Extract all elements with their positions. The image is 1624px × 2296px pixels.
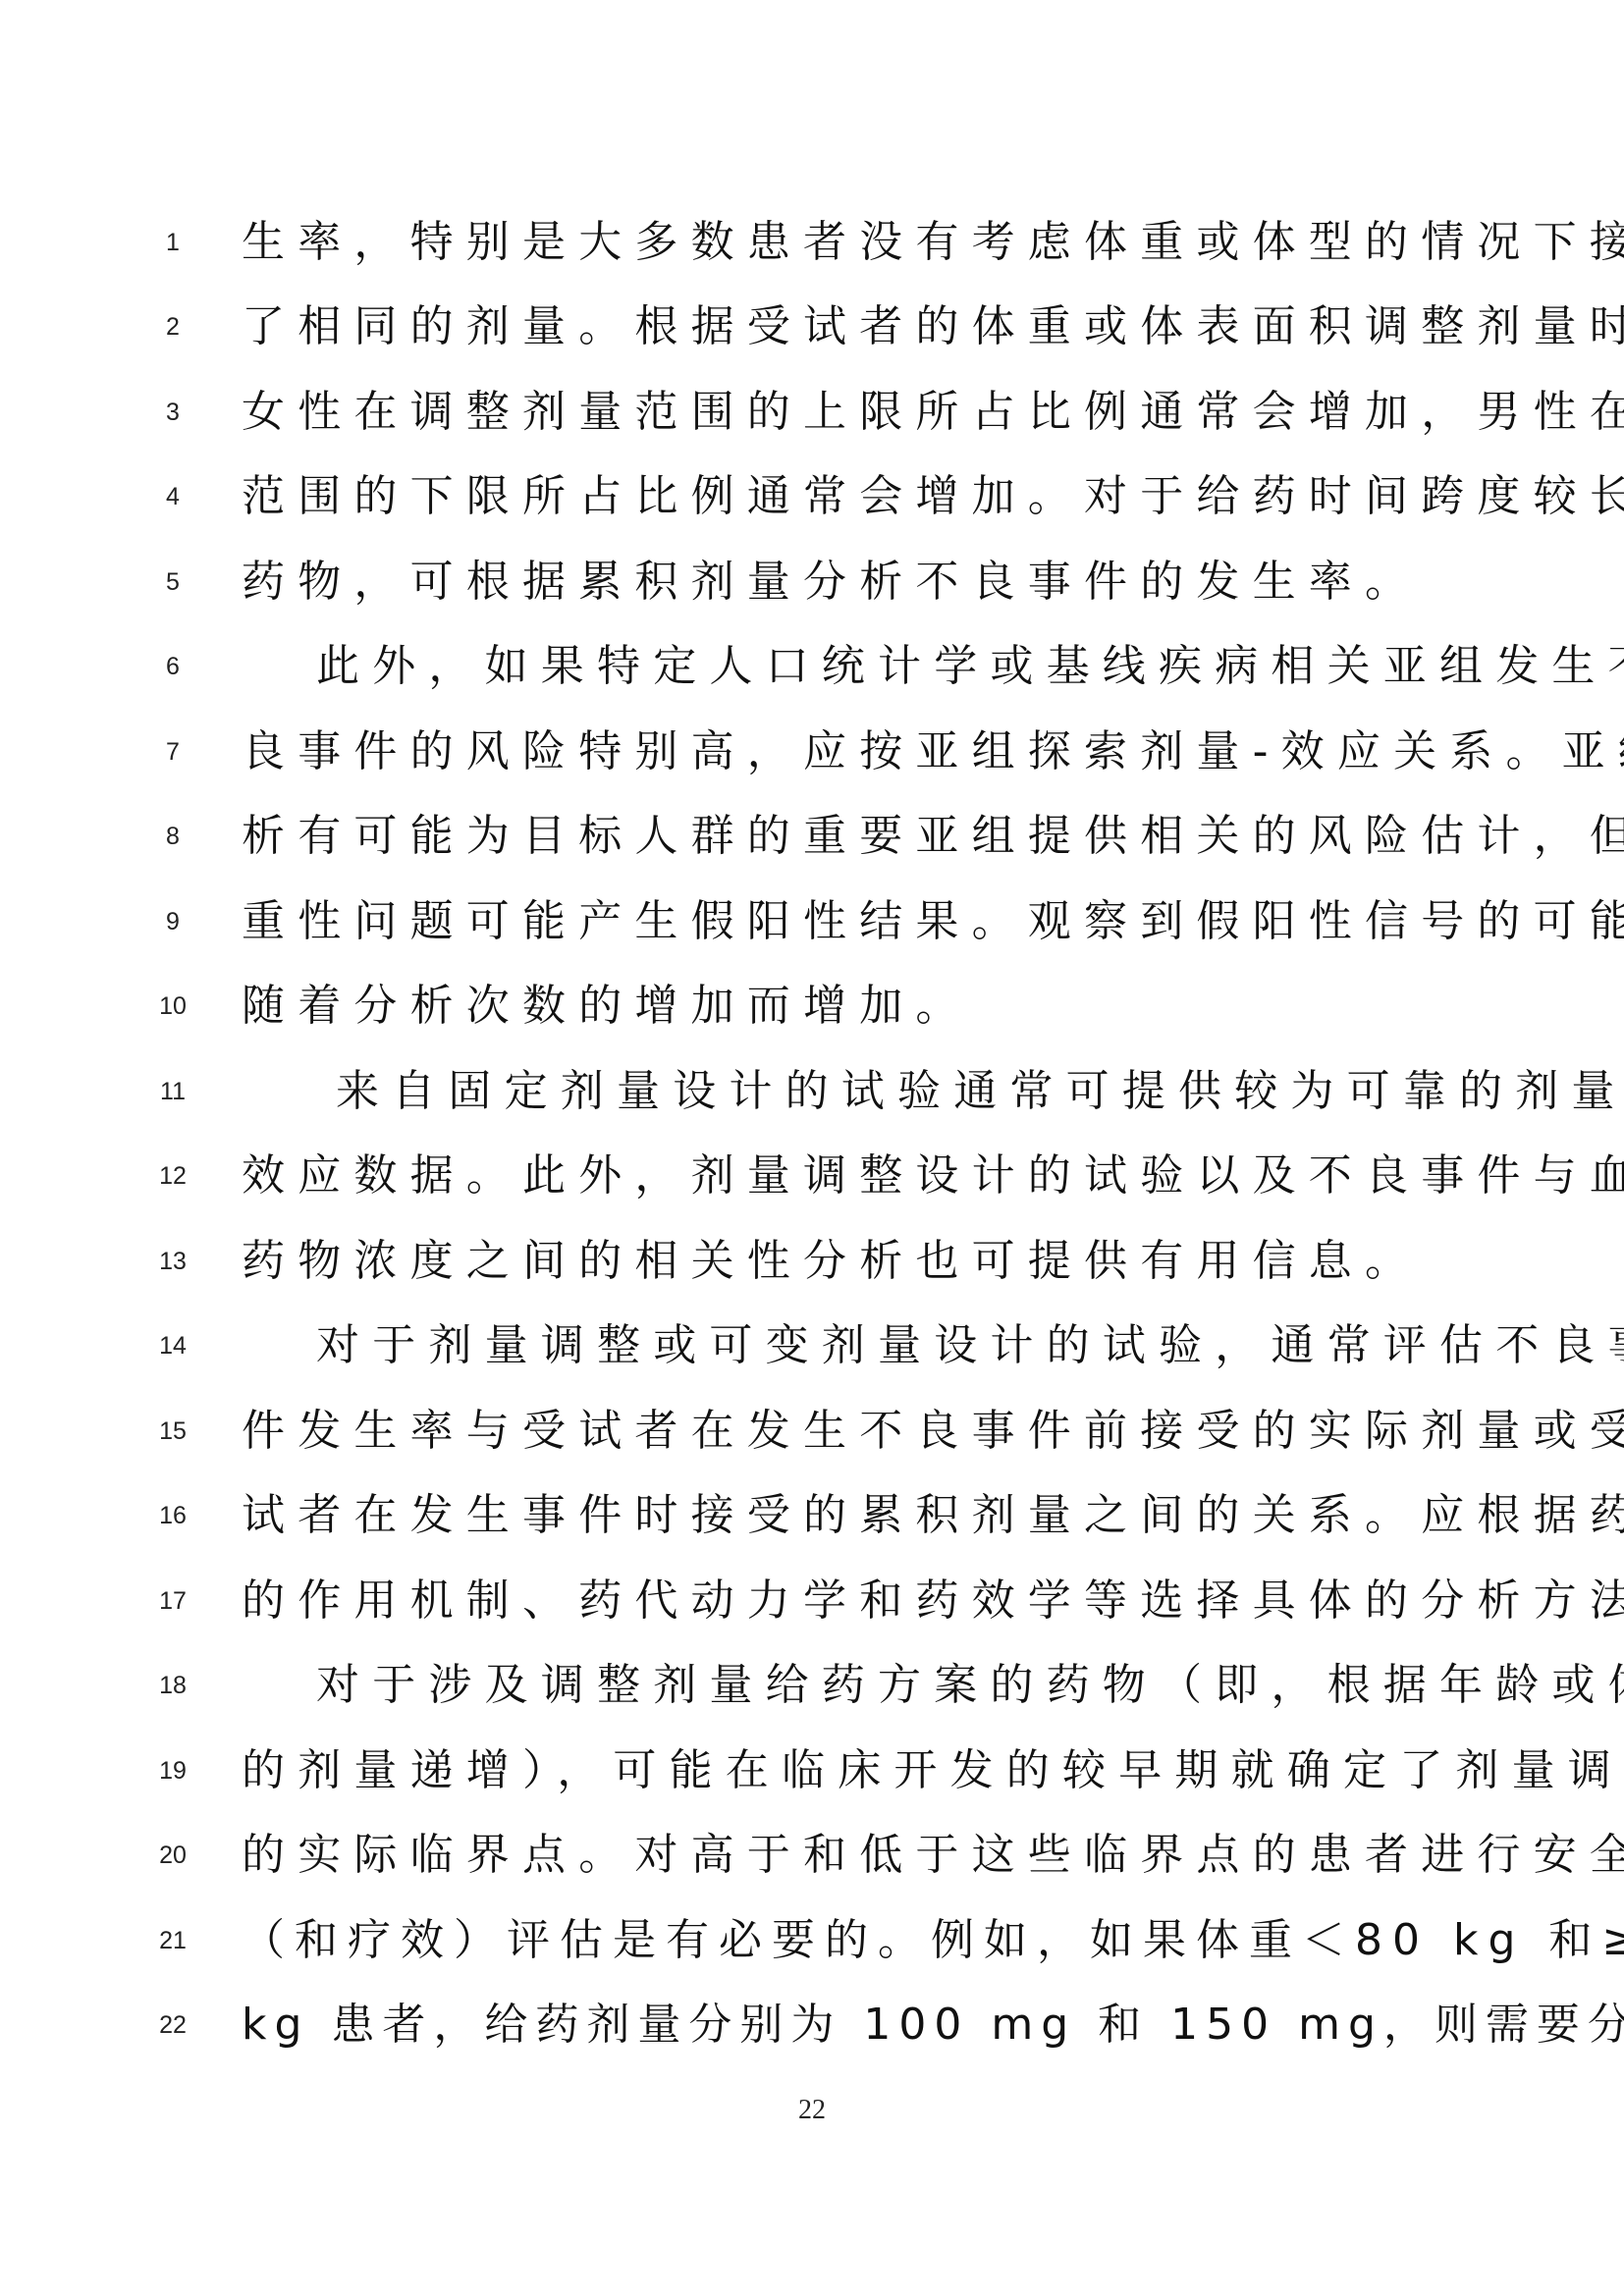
- line-number: 15: [147, 1416, 198, 1446]
- line-number: 6: [147, 652, 198, 681]
- text-line-8: 8 析有可能为目标人群的重要亚组提供相关的风险估计，但多: [0, 802, 1624, 886]
- text-line-17: 17 的作用机制、药代动力学和药效学等选择具体的分析方法。: [0, 1567, 1624, 1651]
- text-line-11: 11 来自固定剂量设计的试验通常可提供较为可靠的剂量: [0, 1057, 1624, 1142]
- paragraph-start-text: 对于涉及调整剂量给药方案的药物（即，根据年龄或体重: [316, 1651, 1455, 1720]
- line-number: 16: [147, 1501, 198, 1530]
- document-page: 1 生率，特别是大多数患者没有考虑体重或体型的情况下接受 2 了相同的剂量。根据…: [0, 0, 1624, 2296]
- line-number: 9: [147, 907, 198, 936]
- line-text: 药物，可根据累积剂量分析不良事件的发生率。: [242, 548, 1380, 616]
- line-text: 的实际临界点。对高于和低于这些临界点的患者进行安全性: [242, 1821, 1380, 1890]
- text-line-15: 15 件发生率与受试者在发生不良事件前接受的实际剂量或受: [0, 1397, 1624, 1481]
- text-line-20: 20 的实际临界点。对高于和低于这些临界点的患者进行安全性: [0, 1821, 1624, 1905]
- line-text: 生率，特别是大多数患者没有考虑体重或体型的情况下接受: [242, 208, 1380, 277]
- text-line-5: 5 药物，可根据累积剂量分析不良事件的发生率。: [0, 548, 1624, 632]
- line-number: 13: [147, 1247, 198, 1276]
- line-number: 10: [147, 991, 198, 1021]
- text-line-4: 4 范围的下限所占比例通常会增加。对于给药时间跨度较长的: [0, 462, 1624, 547]
- line-number: 11: [147, 1077, 198, 1106]
- text-line-22: 22 kg 患者，给药剂量分别为 100 mg 和 150 mg，则需要分析比: [0, 1991, 1624, 2075]
- line-text: 随着分析次数的增加而增加。: [242, 972, 1380, 1041]
- line-text: 的剂量递增），可能在临床开发的较早期就确定了剂量调整: [242, 1736, 1380, 1805]
- line-number: 1: [147, 228, 198, 257]
- line-text: （和疗效）评估是有必要的。例如，如果体重＜80 kg 和≥80: [242, 1906, 1380, 1975]
- text-line-16: 16 试者在发生事件时接受的累积剂量之间的关系。应根据药物: [0, 1481, 1624, 1566]
- text-line-1: 1 生率，特别是大多数患者没有考虑体重或体型的情况下接受: [0, 208, 1624, 293]
- text-line-9: 9 重性问题可能产生假阳性结果。观察到假阳性信号的可能性: [0, 887, 1624, 972]
- line-text: 良事件的风险特别高，应按亚组探索剂量-效应关系。亚组分: [242, 718, 1380, 786]
- line-text: 件发生率与受试者在发生不良事件前接受的实际剂量或受: [242, 1397, 1380, 1466]
- text-line-10: 10 随着分析次数的增加而增加。: [0, 972, 1624, 1056]
- paragraph-start-text: 对于剂量调整或可变剂量设计的试验，通常评估不良事: [316, 1311, 1455, 1380]
- paragraph-start-text: 来自固定剂量设计的试验通常可提供较为可靠的剂量: [336, 1057, 1475, 1126]
- line-number: 8: [147, 822, 198, 851]
- line-number: 22: [147, 2010, 198, 2040]
- line-number: 5: [147, 567, 198, 597]
- text-line-18: 18 对于涉及调整剂量给药方案的药物（即，根据年龄或体重: [0, 1651, 1624, 1735]
- line-number: 18: [147, 1671, 198, 1700]
- line-number: 3: [147, 398, 198, 427]
- text-line-13: 13 药物浓度之间的相关性分析也可提供有用信息。: [0, 1227, 1624, 1311]
- line-number: 21: [147, 1926, 198, 1955]
- line-number: 2: [147, 312, 198, 342]
- line-text: kg 患者，给药剂量分别为 100 mg 和 150 mg，则需要分析比: [242, 1991, 1380, 2059]
- line-text: 重性问题可能产生假阳性结果。观察到假阳性信号的可能性: [242, 887, 1380, 956]
- text-line-12: 12 效应数据。此外，剂量调整设计的试验以及不良事件与血浆: [0, 1142, 1624, 1226]
- line-number: 7: [147, 737, 198, 767]
- page-number: 22: [785, 2095, 839, 2126]
- text-line-7: 7 良事件的风险特别高，应按亚组探索剂量-效应关系。亚组分: [0, 718, 1624, 802]
- text-line-14: 14 对于剂量调整或可变剂量设计的试验，通常评估不良事: [0, 1311, 1624, 1396]
- line-text: 效应数据。此外，剂量调整设计的试验以及不良事件与血浆: [242, 1142, 1380, 1210]
- line-text: 析有可能为目标人群的重要亚组提供相关的风险估计，但多: [242, 802, 1380, 871]
- line-text: 的作用机制、药代动力学和药效学等选择具体的分析方法。: [242, 1567, 1380, 1635]
- line-number: 17: [147, 1586, 198, 1616]
- line-text: 试者在发生事件时接受的累积剂量之间的关系。应根据药物: [242, 1481, 1380, 1550]
- line-text: 女性在调整剂量范围的上限所占比例通常会增加，男性在该: [242, 378, 1380, 447]
- line-number: 12: [147, 1161, 198, 1191]
- line-number: 19: [147, 1756, 198, 1786]
- text-line-19: 19 的剂量递增），可能在临床开发的较早期就确定了剂量调整: [0, 1736, 1624, 1821]
- line-number: 14: [147, 1331, 198, 1361]
- text-line-3: 3 女性在调整剂量范围的上限所占比例通常会增加，男性在该: [0, 378, 1624, 462]
- line-number: 20: [147, 1841, 198, 1870]
- line-number: 4: [147, 482, 198, 511]
- paragraph-start-text: 此外，如果特定人口统计学或基线疾病相关亚组发生不: [316, 632, 1455, 701]
- text-line-2: 2 了相同的剂量。根据受试者的体重或体表面积调整剂量时，: [0, 293, 1624, 377]
- text-line-6: 6 此外，如果特定人口统计学或基线疾病相关亚组发生不: [0, 632, 1624, 717]
- line-text: 药物浓度之间的相关性分析也可提供有用信息。: [242, 1227, 1380, 1296]
- line-text: 了相同的剂量。根据受试者的体重或体表面积调整剂量时，: [242, 293, 1380, 361]
- text-line-21: 21 （和疗效）评估是有必要的。例如，如果体重＜80 kg 和≥80: [0, 1906, 1624, 1991]
- line-text: 范围的下限所占比例通常会增加。对于给药时间跨度较长的: [242, 462, 1380, 531]
